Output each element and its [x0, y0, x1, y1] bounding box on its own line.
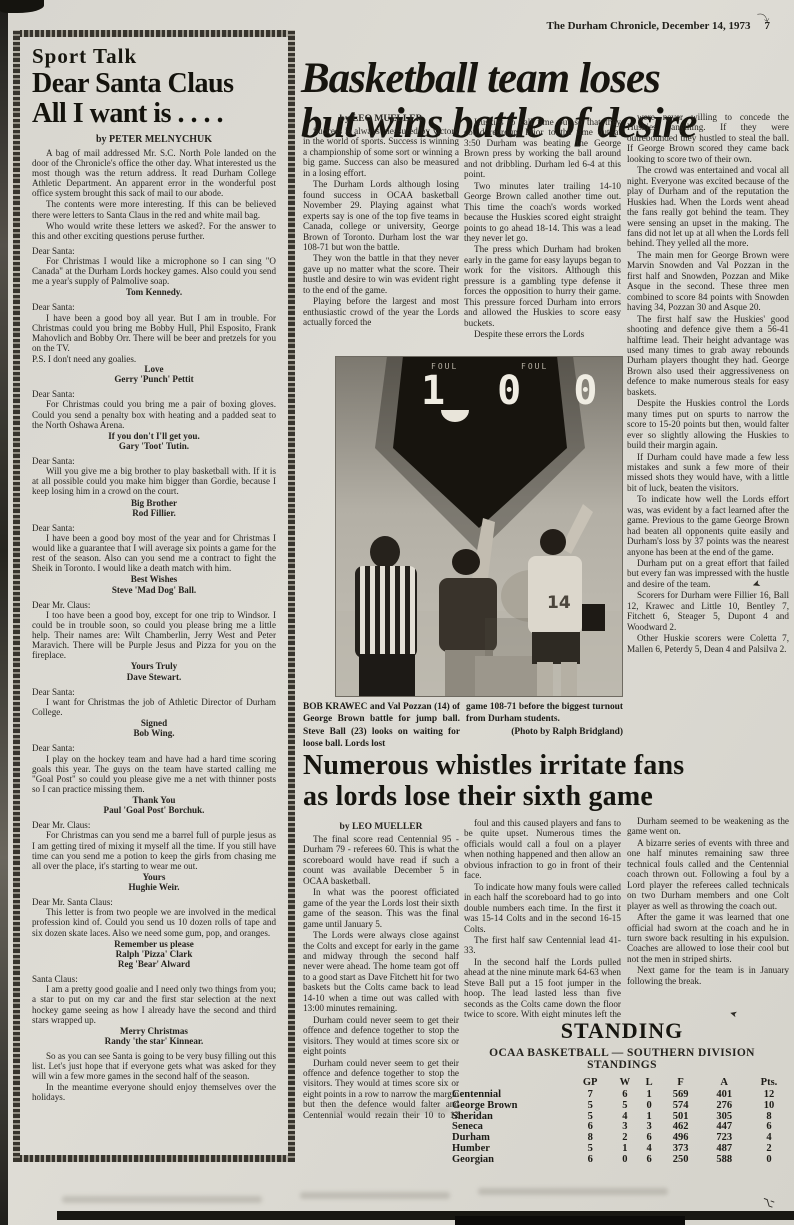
stat-value: 574: [659, 1101, 703, 1112]
column-kicker: Sport Talk: [32, 44, 276, 69]
scan-smudge: [300, 1192, 450, 1199]
stat-value: 6: [639, 1155, 658, 1166]
paragraph: In the second half the Lords pulled ahea…: [464, 957, 621, 1018]
second-article-column-1: by LEO MUELLER The final score read Cent…: [303, 822, 459, 1118]
letter-body: For Christmas can you send me a barrel f…: [32, 830, 276, 870]
photo-caption-right-text: game 108-71 before the biggest turnout f…: [466, 702, 623, 724]
letter-body: I have been a good boy all year. But I a…: [32, 313, 276, 353]
photo-illustration: FOUL FOUL 1 0 0: [335, 356, 623, 697]
paragraph: A bag of mail addressed Mr. S.C. North P…: [32, 148, 276, 198]
santa-letter: Dear Santa:I want for Christmas the job …: [32, 687, 276, 739]
paragraph: The first half saw Centennial lead 41-33…: [464, 935, 621, 956]
stat-value: 0: [639, 1101, 658, 1112]
paragraph: The Durham Lords although losing found s…: [303, 179, 459, 252]
letter-body: I too have been a good boy, except for o…: [32, 610, 276, 660]
letter-salutation: Santa Claus:: [32, 974, 276, 984]
pen-mark: ⌥: [760, 1194, 776, 1211]
santa-letter: Dear Santa:I have been a good boy most o…: [32, 523, 276, 595]
intro-paragraphs: A bag of mail addressed Mr. S.C. North P…: [32, 148, 276, 241]
letter-signoff: If you don't I'll get you.: [32, 431, 276, 441]
letter-salutation: Dear Santa:: [32, 523, 276, 533]
standings-row: Georgian6062505880: [452, 1155, 792, 1166]
paragraph: were never willing to concede the Huskie…: [627, 112, 789, 164]
letter-signoff: Yours: [32, 872, 276, 882]
standings-title: STANDING: [452, 1018, 792, 1044]
paragraph: Success is always measured by victory in…: [303, 126, 459, 178]
santa-letter: Dear Santa:I play on the hockey team and…: [32, 743, 276, 815]
scan-smudge: [62, 1196, 262, 1203]
paragraph: They won the battle in that they never g…: [303, 253, 459, 295]
jersey-number: 14: [547, 593, 571, 613]
santa-letter: Dear Santa:Will you give me a big brothe…: [32, 456, 276, 518]
santa-letter: Dear Mr. Claus:For Christmas can you sen…: [32, 820, 276, 892]
second-article-column-2: foul and this caused players and fans to…: [464, 818, 621, 1018]
letter-body: This letter is from two people we are in…: [32, 907, 276, 937]
second-article-col3-text: Durham seemed to be weakening as the gam…: [627, 816, 789, 986]
second-article-col1-text: The final score read Centennial 95 - Dur…: [303, 834, 459, 1118]
scan-smudge: [478, 1188, 668, 1195]
sport-talk-content: Sport Talk Dear Santa Claus All I want i…: [20, 37, 288, 1155]
page-number: 7: [765, 20, 771, 32]
letter-body: I am a pretty good goalie and I need onl…: [32, 984, 276, 1024]
letter-signoff: Randy 'the star' Kinnear.: [32, 1036, 276, 1046]
paragraph: The main men for George Brown were Marvi…: [627, 250, 789, 313]
letter-salutation: Dear Santa:: [32, 246, 276, 256]
paragraph: To indicate how well the Lords effort wa…: [627, 494, 789, 557]
letter-signoff: Ralph 'Pizza' Clark: [32, 949, 276, 959]
sport-talk-box: Sport Talk Dear Santa Claus All I want i…: [13, 30, 295, 1162]
closing-paragraphs: So as you can see Santa is going to be v…: [32, 1051, 276, 1102]
letter-signoff: Big Brother: [32, 498, 276, 508]
letter-body: For Christmas I would like a microphone …: [32, 256, 276, 286]
main-article-column-2: Huskies to call time out so that they co…: [464, 117, 621, 362]
letter-signoff: Merry Christmas: [32, 1026, 276, 1036]
letter-signoff: Love: [32, 364, 276, 374]
paragraph: Durham could never seem to get their off…: [303, 1015, 459, 1057]
sport-talk-headline-line1: Dear Santa Claus: [32, 69, 276, 99]
paragraph: The Lords were always close against the …: [303, 930, 459, 1014]
paragraph: The contents were more interesting. If t…: [32, 199, 276, 219]
scan-film-edge: [0, 0, 8, 1225]
letter-salutation: Dear Santa:: [32, 302, 276, 312]
standings-row: George Brown55057427610: [452, 1101, 792, 1112]
stat-value: 6: [570, 1155, 610, 1166]
letter-salutation: Dear Mr. Claus:: [32, 820, 276, 830]
game-photo: FOUL FOUL 1 0 0: [335, 356, 623, 697]
standings-subtitle-line1: OCAA BASKETBALL — SOUTHERN DIVISION: [452, 1047, 792, 1059]
main-article-column-1: by LEO MUELLER Success is always measure…: [303, 114, 459, 362]
newspaper-page: ⤵ ➤ ➤ ⌥ The Durham Chronicle, December 1…: [0, 0, 794, 1225]
letter-signoff: Remember us please: [32, 939, 276, 949]
letter-salutation: Dear Mr. Claus:: [32, 600, 276, 610]
team-name: Georgian: [452, 1155, 570, 1166]
scan-corner-mark: [0, 0, 44, 13]
paragraph: The crowd was entertained and vocal all …: [627, 165, 789, 249]
letter-signoff: Paul 'Goal Post' Borchuk.: [32, 805, 276, 815]
paragraph: So as you can see Santa is going to be v…: [32, 1051, 276, 1081]
byline: by PETER MELNYCHUK: [32, 134, 276, 145]
letter-signoff: Thank You: [32, 795, 276, 805]
paragraph: Despite the Huskies control the Lords ma…: [627, 398, 789, 450]
santa-letter: Santa Claus:I am a pretty good goalie an…: [32, 974, 276, 1046]
stat-value: 588: [702, 1155, 746, 1166]
standings-section: STANDING OCAA BASKETBALL — SOUTHERN DIVI…: [452, 1018, 792, 1166]
stat-value: 0: [610, 1155, 639, 1166]
photo-credit: (Photo by Ralph Bridgland): [466, 726, 623, 738]
paragraph: Despite these errors the Lords: [464, 329, 621, 339]
letter-salutation: Dear Santa:: [32, 456, 276, 466]
main-article-col1-text: Success is always measured by victory in…: [303, 126, 459, 328]
team-name: George Brown: [452, 1101, 570, 1112]
letter-signoff: Gary 'Toot' Tutin.: [32, 441, 276, 451]
letter-body: For Christmas could you bring me a pair …: [32, 399, 276, 429]
masthead-title: The Durham Chronicle, December 14, 1973: [547, 20, 751, 32]
paragraph: Who would write these letters we asked?.…: [32, 221, 276, 241]
paragraph: Durham seemed to be weakening as the gam…: [627, 816, 789, 837]
ornamental-border-right: [288, 30, 295, 1162]
second-headline: Numerous whistles irritate fans as lords…: [303, 750, 733, 812]
letter-body: I want for Christmas the job of Athletic…: [32, 697, 276, 717]
letter-salutation: Dear Santa:: [32, 389, 276, 399]
stat-value: 276: [702, 1101, 746, 1112]
paragraph: The press which Durham had broken early …: [464, 244, 621, 328]
byline: by LEO MUELLER: [303, 822, 459, 832]
stat-value: 0: [746, 1155, 792, 1166]
paragraph: After the game it was learned that one o…: [627, 912, 789, 964]
paragraph: If Durham could have made a few less mis…: [627, 452, 789, 494]
letter-signoff: Dave Stewart.: [32, 672, 276, 682]
santa-letter: Dear Santa:For Christmas I would like a …: [32, 246, 276, 298]
letter-body: I play on the hockey team and have had a…: [32, 754, 276, 794]
scan-smudge: [330, 1108, 450, 1113]
ornamental-border-bottom: [13, 1155, 295, 1162]
letter-signoff: Signed: [32, 718, 276, 728]
paragraph: In what was the poorest officiated game …: [303, 887, 459, 929]
santa-letter: Dear Santa:I have been a good boy all ye…: [32, 302, 276, 384]
paragraph: Durham put on a great effort that failed…: [627, 558, 789, 589]
santa-letter: Dear Santa:For Christmas could you bring…: [32, 389, 276, 451]
photo-dark-object: [582, 604, 605, 631]
letter-signoff: Best Wishes: [32, 574, 276, 584]
ornamental-border-left: [13, 30, 20, 1162]
second-article-column-3: Durham seemed to be weakening as the gam…: [627, 816, 789, 1038]
letter-signoff: Reg 'Bear' Alward: [32, 959, 276, 969]
standings-body: Centennial76156940112George Brown5505742…: [452, 1090, 792, 1166]
stat-value: 250: [659, 1155, 703, 1166]
letter-signoff: Yours Truly: [32, 661, 276, 671]
byline: by LEO MUELLER: [303, 114, 459, 124]
letter-signoff: Bob Wing.: [32, 728, 276, 738]
scan-bottom-bar-dark: [455, 1216, 685, 1225]
santa-letters: Dear Santa:For Christmas I would like a …: [32, 246, 276, 1046]
main-article-col3-text: were never willing to concede the Huskie…: [627, 112, 789, 654]
masthead: The Durham Chronicle, December 14, 19737: [520, 20, 770, 32]
photo-caption-right: game 108-71 before the biggest turnout f…: [466, 701, 623, 738]
standings-table: GPWLFAPts. Centennial76156940112George B…: [452, 1077, 792, 1166]
letter-postscript: P.S. I don't need any goalies.: [32, 354, 276, 364]
paragraph: Other Huskie scorers were Coletta 7, Mal…: [627, 633, 789, 654]
second-headline-line2: as lords lose their sixth game: [303, 781, 733, 812]
sport-talk-headline-line2: All I want is . . . .: [32, 99, 276, 129]
letter-signoff: Tom Kennedy.: [32, 287, 276, 297]
paragraph: Next game for the team is in January fol…: [627, 965, 789, 986]
paragraph: Playing before the largest and most enth…: [303, 296, 459, 327]
santa-letter: Dear Mr. Santa Claus:This letter is from…: [32, 897, 276, 969]
ornamental-border-top: [13, 30, 295, 37]
standings-subtitle-line2: STANDINGS: [452, 1059, 792, 1071]
scoreboard-digits: 1 0 0: [421, 368, 611, 414]
letter-body: I have been a good boy most of the year …: [32, 533, 276, 573]
main-article-col2-text: Huskies to call time out so that they co…: [464, 117, 621, 340]
paragraph: The final score read Centennial 95 - Dur…: [303, 834, 459, 886]
paragraph: Scorers for Durham were Fillier 16, Ball…: [627, 590, 789, 632]
stat-value: 5: [570, 1101, 610, 1112]
second-headline-line1: Numerous whistles irritate fans: [303, 750, 733, 781]
stat-value: 10: [746, 1101, 792, 1112]
paragraph: Huskies to call time out so that they co…: [464, 117, 621, 180]
stat-value: 5: [610, 1101, 639, 1112]
letter-signoff: Steve 'Mad Dog' Ball.: [32, 585, 276, 595]
main-article-column-3: were never willing to concede the Huskie…: [627, 112, 789, 702]
letter-signoff: Hughie Weir.: [32, 882, 276, 892]
letter-signoff: Rod Fillier.: [32, 508, 276, 518]
letter-body: Will you give me a big brother to play b…: [32, 466, 276, 496]
second-article-col2-text: foul and this caused players and fans to…: [464, 818, 621, 1018]
paragraph: The first half saw the Huskies' good sho…: [627, 314, 789, 398]
letter-signoff: Gerry 'Punch' Pettit: [32, 374, 276, 384]
letter-salutation: Dear Santa:: [32, 687, 276, 697]
paragraph: A bizarre series of events with three an…: [627, 838, 789, 911]
photo-caption-left: BOB KRAWEC and Val Pozzan (14) of George…: [303, 701, 460, 751]
letter-salutation: Dear Mr. Santa Claus:: [32, 897, 276, 907]
santa-letter: Dear Mr. Claus:I too have been a good bo…: [32, 600, 276, 682]
paragraph: foul and this caused players and fans to…: [464, 818, 621, 881]
paragraph: In the meantime everyone should enjoy th…: [32, 1082, 276, 1102]
paragraph: Two minutes later trailing 14-10 George …: [464, 181, 621, 244]
paragraph: To indicate how many fouls were called i…: [464, 882, 621, 934]
letter-salutation: Dear Santa:: [32, 743, 276, 753]
main-headline-line1: Basketball team loses: [301, 56, 793, 101]
